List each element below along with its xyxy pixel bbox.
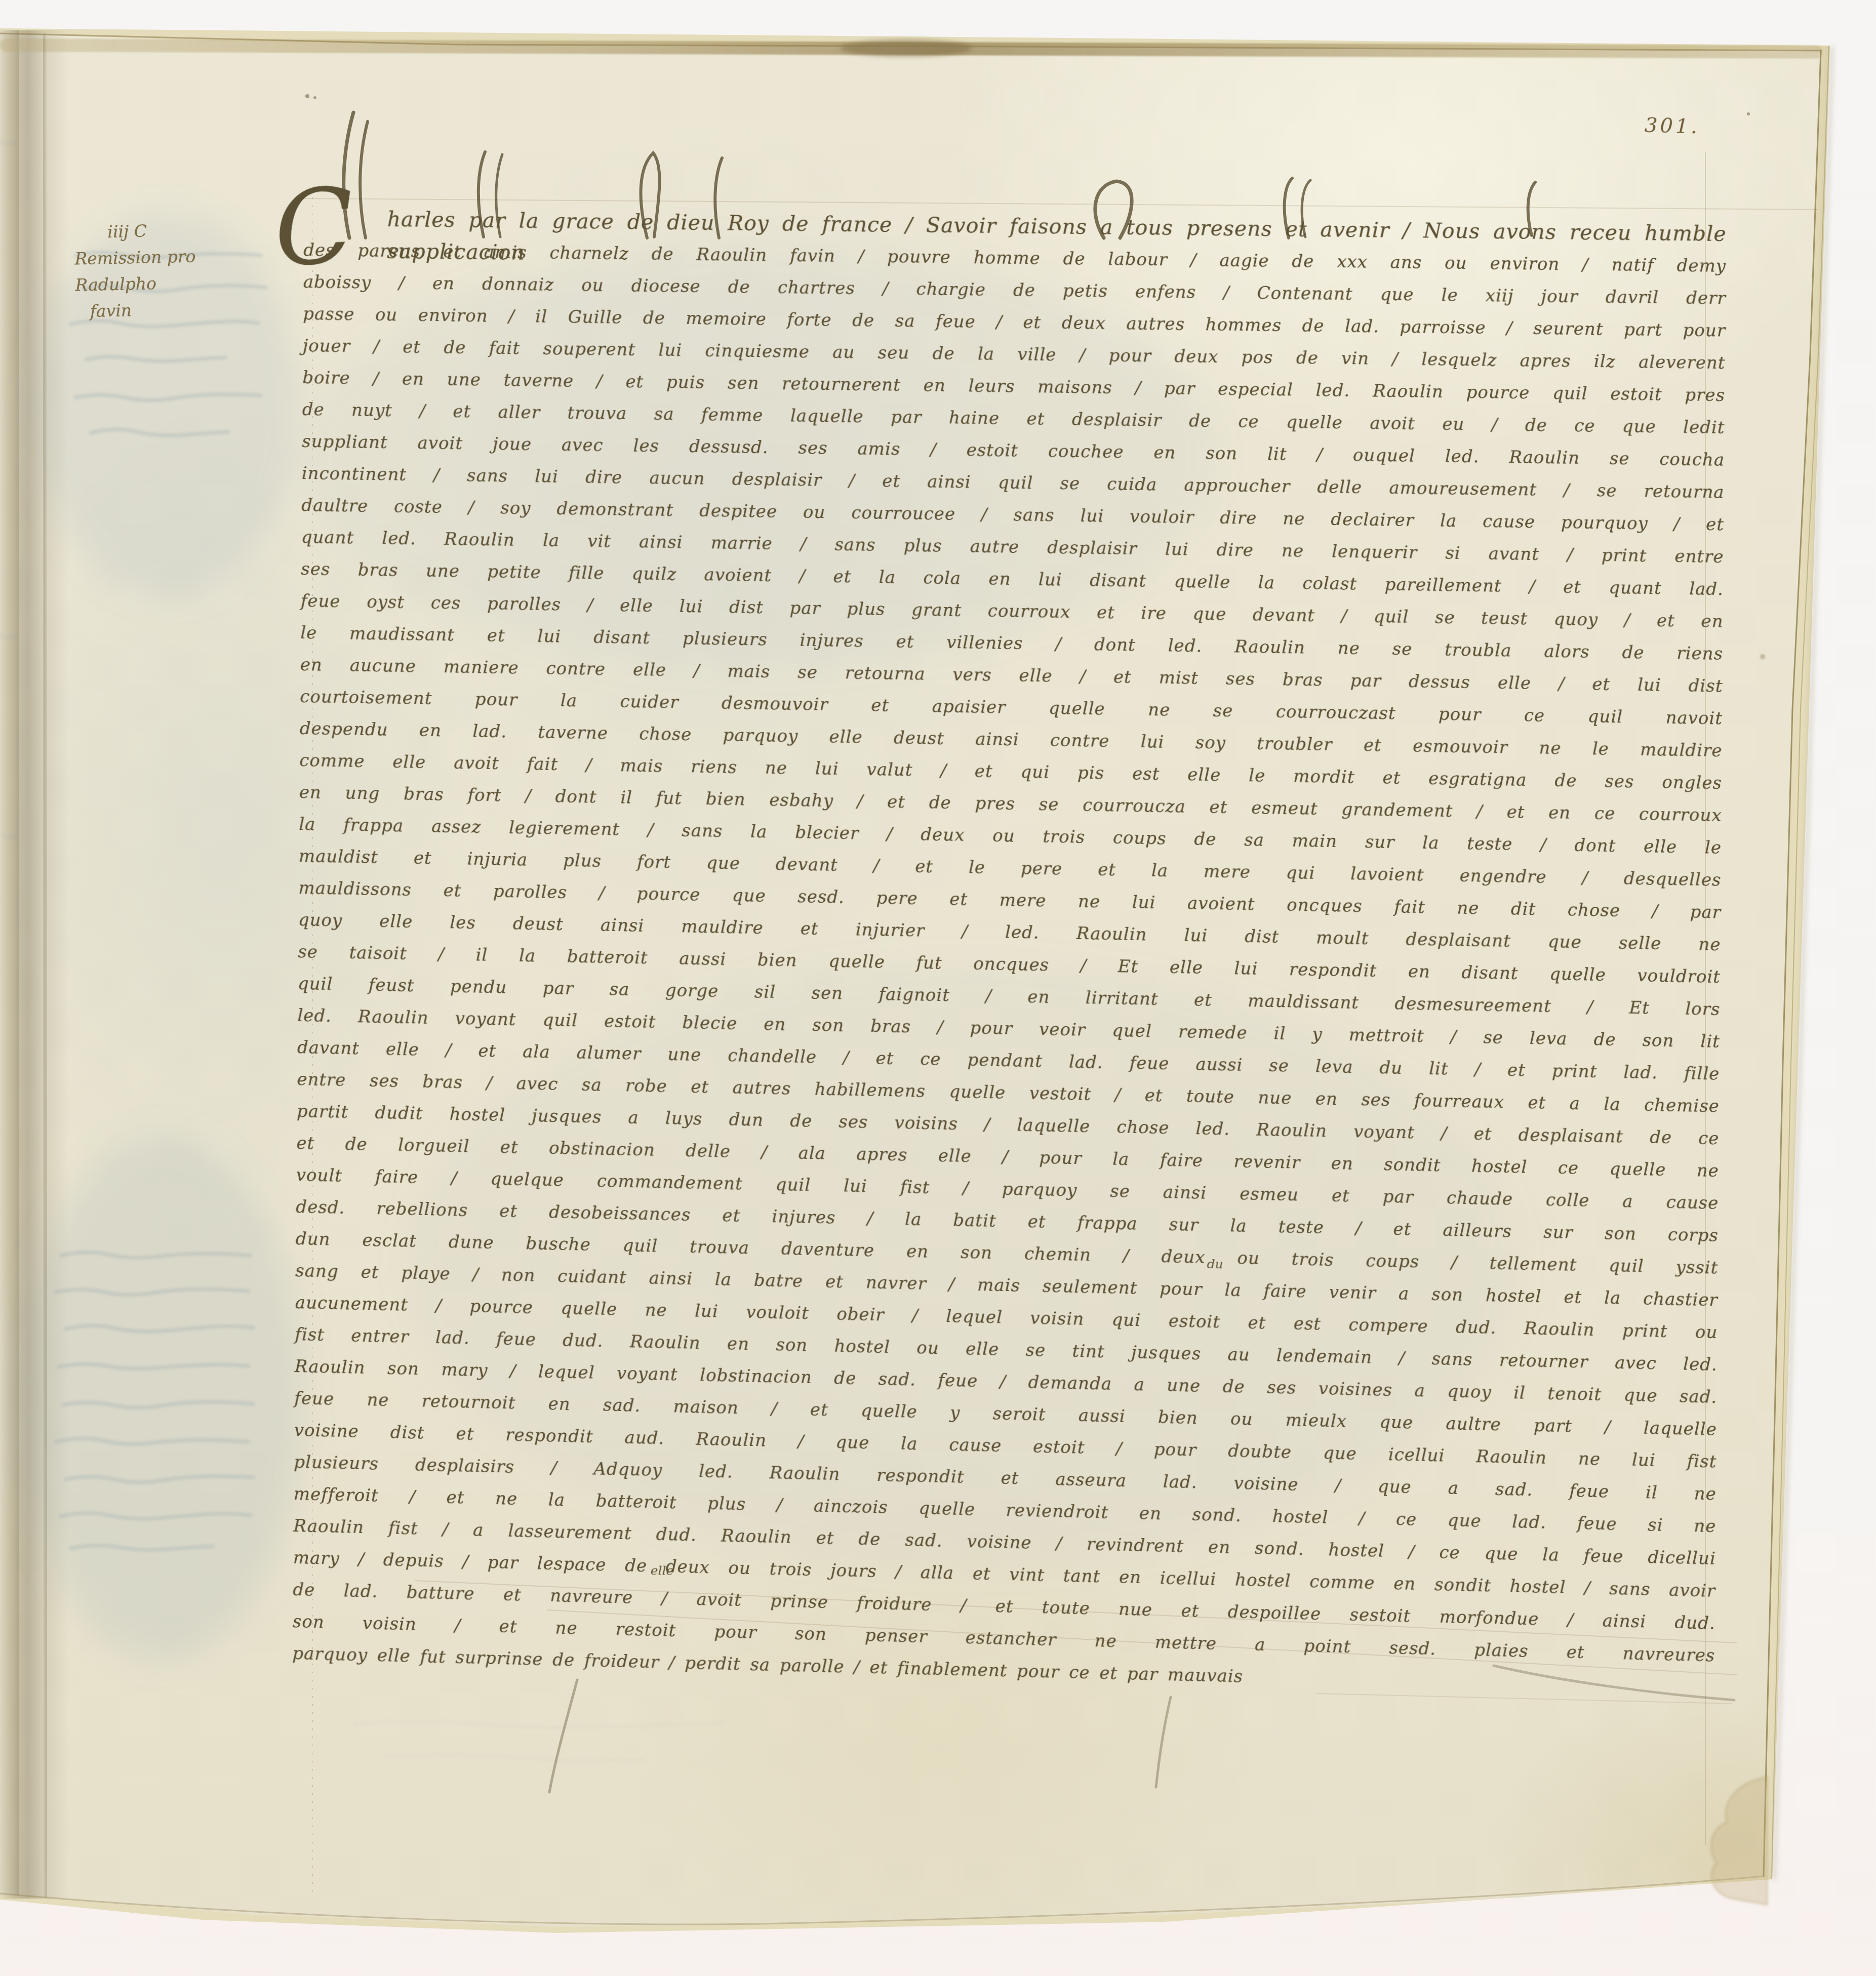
margin-note: iiij C Remission pro Radulpho favin [74,216,248,325]
page-top-edge-stain [841,39,972,57]
margin-note-line: iiij C [74,216,247,246]
interlinear-addition: elle [651,1563,674,1578]
margin-note-line: favin [75,295,248,325]
binding-gutter-shadow [0,30,71,1899]
manuscript-text-block: harles par la grace de dieu Roy de franc… [292,203,1727,1681]
interlinear-addition: du [1207,1257,1223,1271]
margin-note-line: Remission pro Radulpho [74,242,248,298]
text-lines: harles par la grace de dieu Roy de franc… [292,203,1727,1681]
manuscript-photo: 301. iiij C Remission pro Radulpho favin… [0,0,1876,1976]
folio-number: 301. [1644,114,1700,139]
